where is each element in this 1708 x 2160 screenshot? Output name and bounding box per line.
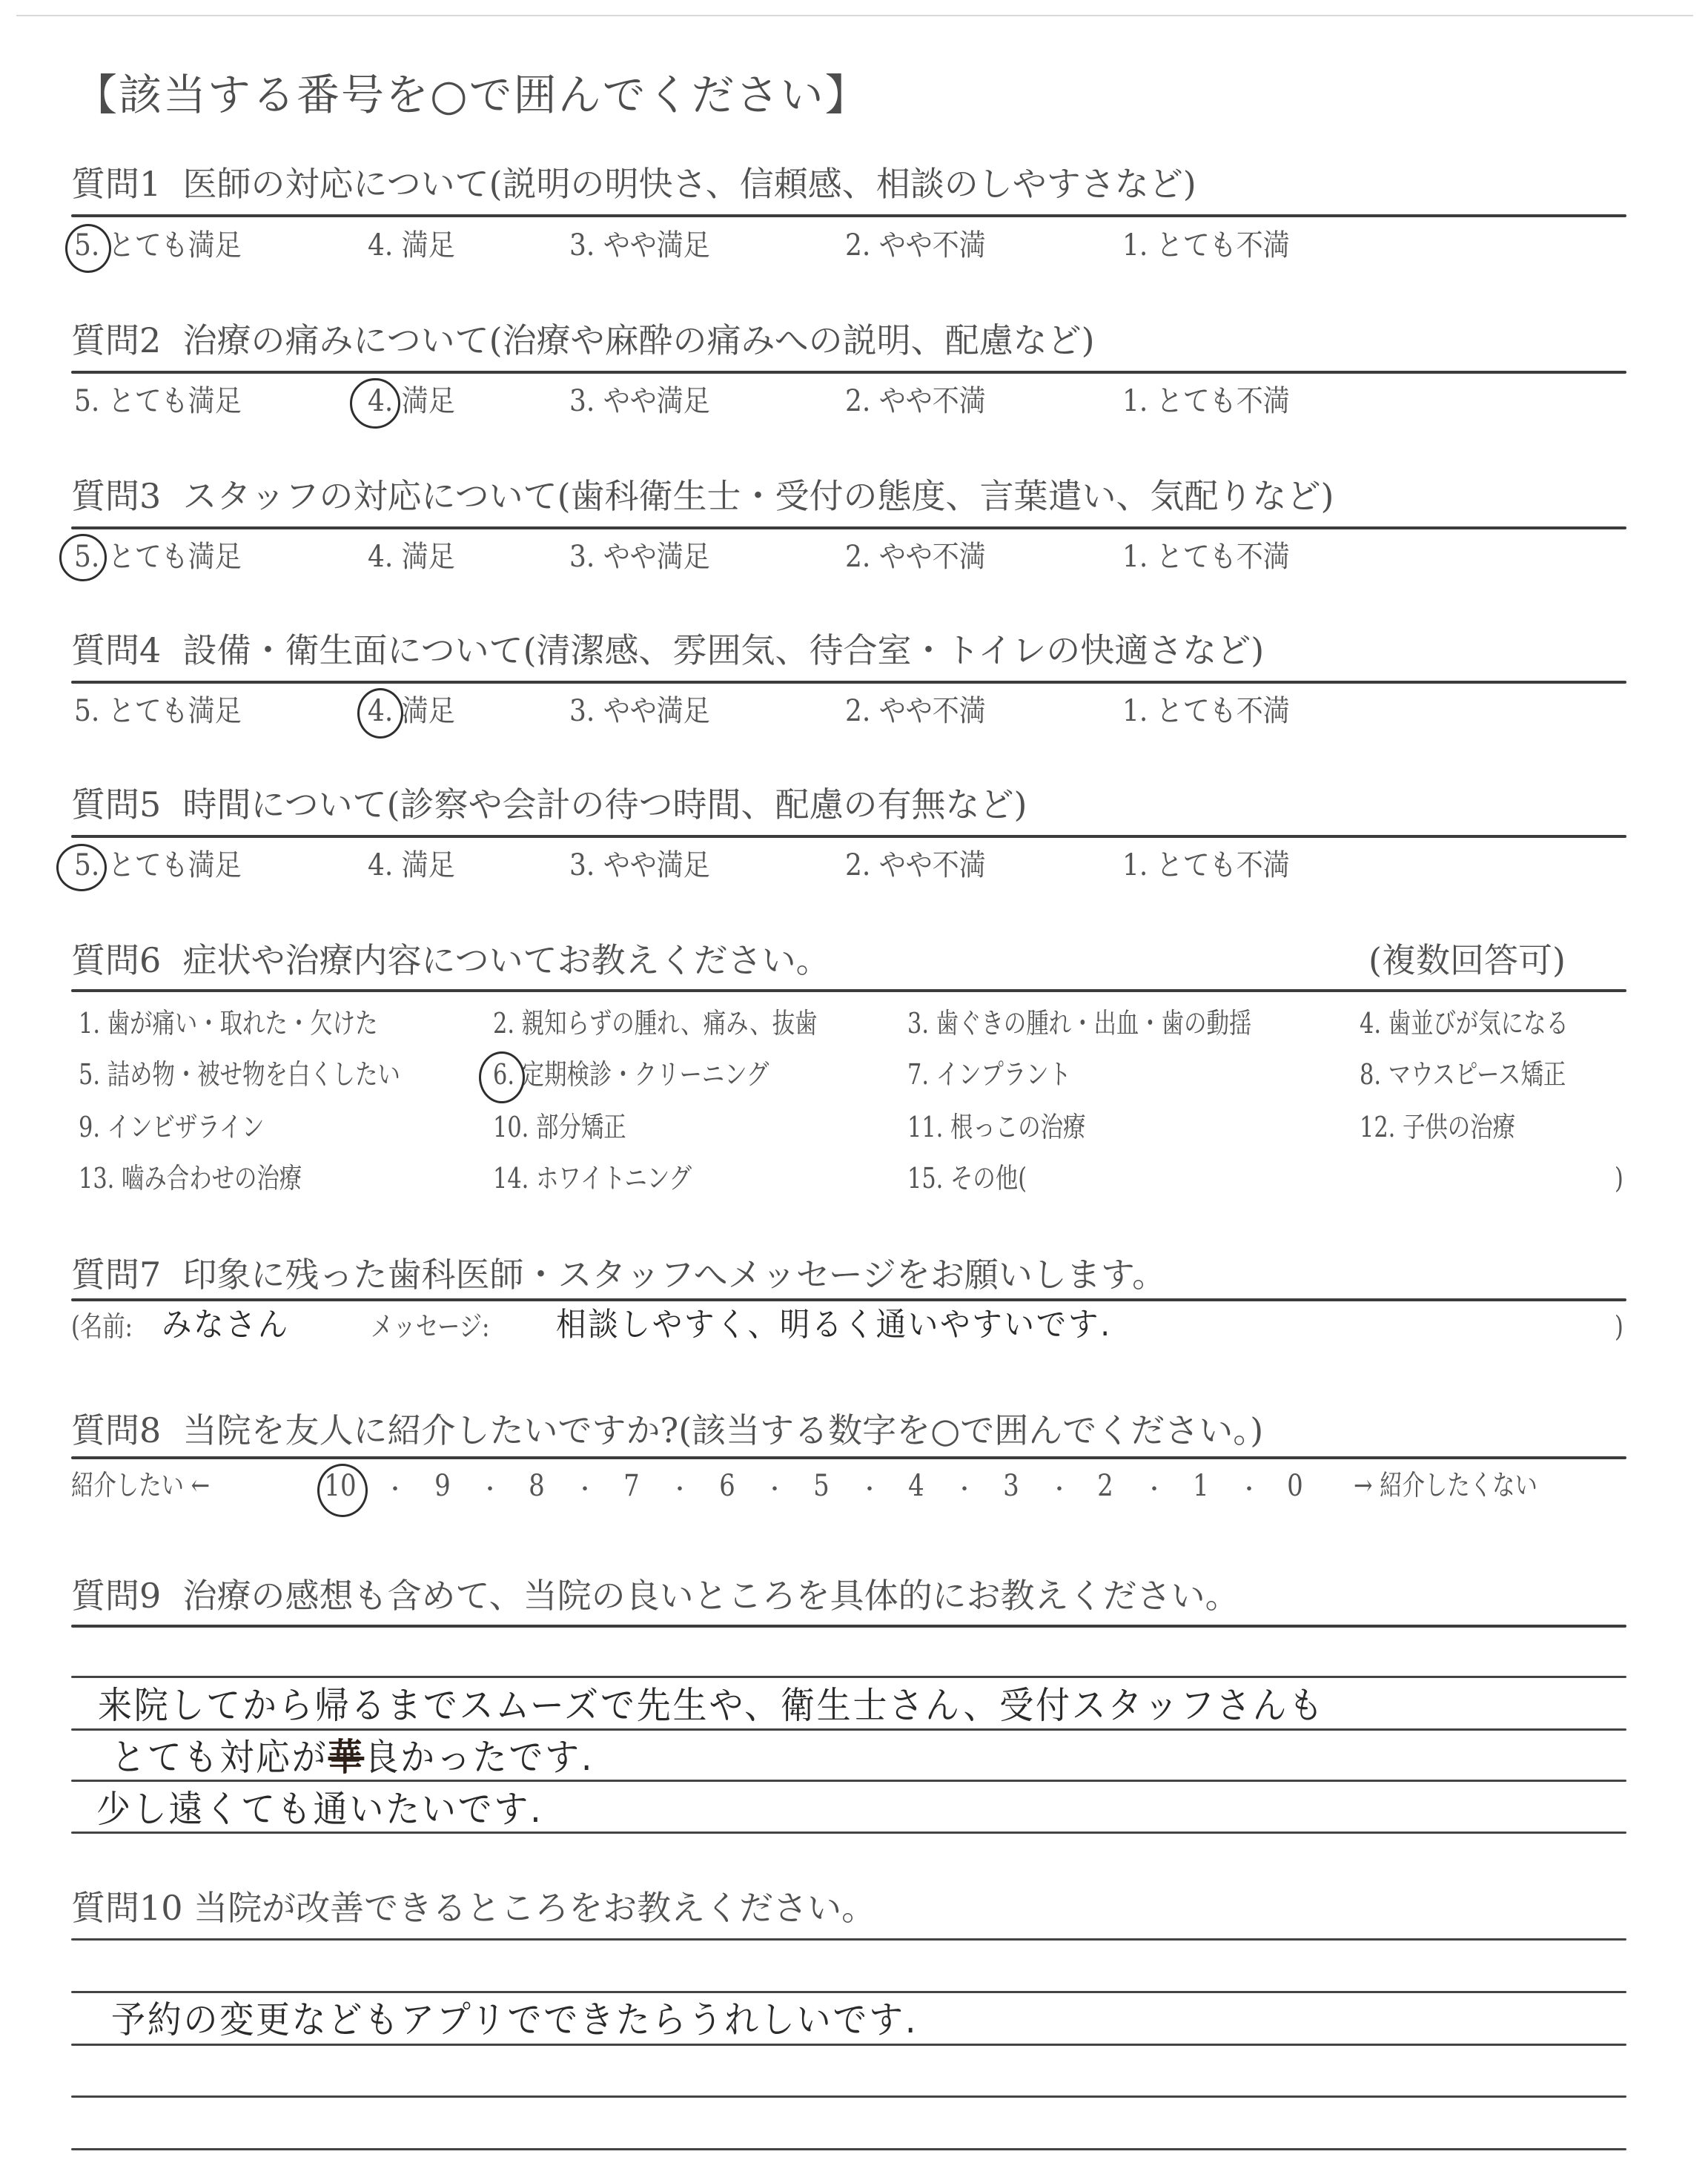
q7-name-label: (名前: <box>71 1311 133 1342</box>
q8-separator: ・ <box>1238 1471 1260 1504</box>
q8-separator: ・ <box>1048 1471 1070 1504</box>
q3-heading: 質問3 スタッフの対応について(歯科衛生士・受付の態度、言葉遣い、気配りなど) <box>71 477 1334 515</box>
q8-score-9[interactable]: 9 <box>424 1470 462 1502</box>
q5-heading: 質問5 時間について(診察や会計の待つ時間、配慮の有無など) <box>71 785 1027 824</box>
q8-score-6[interactable]: 6 <box>709 1470 747 1502</box>
q4-selected-circle <box>357 688 403 739</box>
q6-item-14[interactable]: 14. ホワイトニング <box>493 1163 692 1194</box>
q8-score-4[interactable]: 4 <box>898 1470 936 1502</box>
q6-label: 質問6 <box>71 940 161 980</box>
q3-rule <box>71 526 1626 529</box>
q9-answer-line-2[interactable]: とても対応が華良かったです. <box>111 1737 594 1778</box>
q5-label: 質問5 <box>71 785 161 825</box>
q8-separator: ・ <box>574 1471 596 1504</box>
q8-score-3[interactable]: 3 <box>993 1470 1030 1502</box>
q8-score-8[interactable]: 8 <box>518 1470 556 1502</box>
q7-text: 印象に残った歯科医師・スタッフへメッセージをお願いします。 <box>183 1255 1167 1295</box>
q9-rule <box>71 1625 1626 1628</box>
q5-option-2[interactable]: 2. やや不満 <box>845 849 986 882</box>
q6-item-15-other[interactable]: 15. その他( <box>907 1163 1027 1194</box>
q8-heading: 質問8 当院を友人に紹介したいですか?(該当する数字を○で囲んでください。) <box>71 1411 1263 1450</box>
page-top-edge <box>16 15 1693 16</box>
q1-option-4[interactable]: 4. 満足 <box>368 229 455 262</box>
q3-option-3[interactable]: 3. やや満足 <box>569 541 710 573</box>
q5-option-3[interactable]: 3. やや満足 <box>569 849 710 882</box>
q10-answer-line <box>71 1991 1626 1993</box>
q1-selected-circle <box>65 224 111 273</box>
q7-name-value[interactable]: みなさん <box>162 1307 290 1344</box>
q2-option-2[interactable]: 2. やや不満 <box>845 385 986 417</box>
q4-label: 質問4 <box>71 630 161 670</box>
q9-answer-line-1[interactable]: 来院してから帰るまでスムーズで先生や、衛生士さん、受付スタッフさんも <box>98 1685 1325 1726</box>
q2-option-1[interactable]: 1. とても不満 <box>1122 385 1290 417</box>
q6-item-7[interactable]: 7. インプラント <box>907 1059 1071 1090</box>
q6-item-12[interactable]: 12. 子供の治療 <box>1360 1112 1515 1143</box>
q9-answer-line <box>71 1676 1626 1678</box>
q5-selected-circle <box>56 844 107 891</box>
q9-answer-line <box>71 1832 1626 1834</box>
q7-message-value[interactable]: 相談しやすく、明るく通いやすいです. <box>556 1307 1112 1344</box>
q6-heading: 質問6 症状や治療内容についてお教えください。 <box>71 941 830 980</box>
q9-text: 治療の感想も含めて、当院の良いところを具体的にお教えください。 <box>183 1576 1239 1616</box>
q9-answer-line-3[interactable]: 少し遠くても通いたいです. <box>96 1789 543 1830</box>
q8-score-0[interactable]: 0 <box>1277 1470 1314 1502</box>
q3-option-1[interactable]: 1. とても不満 <box>1122 541 1290 573</box>
q7-message-label: メッセージ: <box>371 1311 489 1342</box>
q2-label: 質問2 <box>71 320 161 360</box>
q6-item-10[interactable]: 10. 部分矯正 <box>493 1112 626 1143</box>
q2-heading: 質問2 治療の痛みについて(治療や麻酔の痛みへの説明、配慮など) <box>71 321 1095 360</box>
q5-option-1[interactable]: 1. とても不満 <box>1122 849 1290 882</box>
q10-answer-line <box>71 2148 1626 2150</box>
q10-label: 質問10 <box>71 1888 183 1928</box>
q9-answer-line-2-text: とても対応が <box>111 1736 328 1779</box>
q1-option-3[interactable]: 3. やや満足 <box>569 229 710 262</box>
q1-option-2[interactable]: 2. やや不満 <box>845 229 986 262</box>
q8-score-1[interactable]: 1 <box>1182 1470 1220 1502</box>
q10-answer-line <box>71 2095 1626 2098</box>
q8-separator: ・ <box>384 1471 406 1504</box>
q6-item-1[interactable]: 1. 歯が痛い・取れた・欠けた <box>79 1008 377 1039</box>
q8-score-5[interactable]: 5 <box>803 1470 841 1502</box>
q8-right-label: → 紹介したくない <box>1354 1470 1537 1501</box>
q3-text: スタッフの対応について(歯科衛生士・受付の態度、言葉遣い、気配りなど) <box>183 476 1334 516</box>
q9-label: 質問9 <box>71 1576 161 1616</box>
q8-separator: ・ <box>953 1471 976 1504</box>
q10-answer-line <box>71 1938 1626 1941</box>
q4-option-3[interactable]: 3. やや満足 <box>569 695 710 727</box>
q6-selected-circle <box>479 1051 525 1103</box>
q3-selected-circle <box>59 534 107 581</box>
q10-text: 当院が改善できるところをお教えください。 <box>193 1888 875 1928</box>
q7-rule <box>71 1298 1626 1301</box>
q3-option-2[interactable]: 2. やや不満 <box>845 541 986 573</box>
q4-rule <box>71 681 1626 684</box>
q6-item-2[interactable]: 2. 親知らずの腫れ、痛み、抜歯 <box>493 1008 818 1039</box>
q1-text: 医師の対応について(説明の明快さ、信頼感、相談のしやすさなど) <box>183 164 1196 204</box>
q8-separator: ・ <box>669 1471 691 1504</box>
q8-selected-circle <box>317 1464 368 1517</box>
q6-item-13[interactable]: 13. 嚙み合わせの治療 <box>79 1163 302 1194</box>
q8-separator: ・ <box>479 1471 501 1504</box>
q6-item-8[interactable]: 8. マウスピース矯正 <box>1360 1059 1566 1090</box>
q7-heading: 質問7 印象に残った歯科医師・スタッフへメッセージをお願いします。 <box>71 1255 1166 1294</box>
q8-left-label: 紹介したい ← <box>71 1470 210 1501</box>
q4-option-5[interactable]: 5. とても満足 <box>74 695 242 727</box>
q1-option-1[interactable]: 1. とても不満 <box>1122 229 1290 262</box>
q7-label: 質問7 <box>71 1255 161 1295</box>
q6-item-9[interactable]: 9. インビザライン <box>79 1112 265 1143</box>
q5-rule <box>71 835 1626 838</box>
q8-text: 当院を友人に紹介したいですか?(該当する数字を○で囲んでください。) <box>183 1410 1264 1450</box>
q4-text: 設備・衛生面について(清潔感、雰囲気、待合室・トイレの快適さなど) <box>183 630 1265 670</box>
q8-separator: ・ <box>1143 1471 1165 1504</box>
q9-answer-line <box>71 1728 1626 1731</box>
q1-heading: 質問1 医師の対応について(説明の明快さ、信頼感、相談のしやすさなど) <box>71 165 1196 203</box>
q4-option-2[interactable]: 2. やや不満 <box>845 695 986 727</box>
q6-item-11[interactable]: 11. 根っこの治療 <box>907 1112 1085 1143</box>
q5-text: 時間について(診察や会計の待つ時間、配慮の有無など) <box>183 785 1027 825</box>
q6-item-6[interactable]: 6. 定期検診・クリーニング <box>493 1059 769 1090</box>
q9-answer-line <box>71 1780 1626 1782</box>
q2-text: 治療の痛みについて(治療や麻酔の痛みへの説明、配慮など) <box>183 320 1095 360</box>
q2-option-5[interactable]: 5. とても満足 <box>74 385 242 417</box>
q6-multiple-answers-note: (複数回答可) <box>1368 941 1566 980</box>
q9-answer-line-2-rest: 良かったです. <box>364 1736 594 1779</box>
q10-heading: 質問10 当院が改善できるところをお教えください。 <box>71 1889 875 1927</box>
q8-separator: ・ <box>764 1471 786 1504</box>
page-title: 【該当する番号を○で囲んでください】 <box>74 71 870 119</box>
q2-option-3[interactable]: 3. やや満足 <box>569 385 710 417</box>
q3-option-4[interactable]: 4. 満足 <box>368 541 455 573</box>
q2-rule <box>71 371 1626 374</box>
q4-option-1[interactable]: 1. とても不満 <box>1122 695 1290 727</box>
q6-item-5[interactable]: 5. 詰め物・被せ物を白くしたい <box>79 1059 400 1090</box>
q10-answer-line-1[interactable]: 予約の変更などもアプリでできたらうれしいです. <box>111 1999 918 2041</box>
q1-rule <box>71 214 1626 217</box>
q5-option-4[interactable]: 4. 満足 <box>368 849 455 882</box>
q6-item-4[interactable]: 4. 歯並びが気になる <box>1360 1008 1569 1039</box>
crossed-out-character: 華 <box>328 1737 365 1778</box>
q9-heading: 質問9 治療の感想も含めて、当院の良いところを具体的にお教えください。 <box>71 1576 1239 1615</box>
q2-selected-circle <box>350 378 400 429</box>
q6-other-close-paren: ) <box>1615 1163 1623 1194</box>
q8-rule <box>71 1456 1626 1459</box>
q6-rule <box>71 989 1626 992</box>
q10-answer-line <box>71 2044 1626 2046</box>
q4-heading: 質問4 設備・衛生面について(清潔感、雰囲気、待合室・トイレの快適さなど) <box>71 631 1264 670</box>
q8-score-7[interactable]: 7 <box>613 1470 651 1502</box>
q8-score-2[interactable]: 2 <box>1087 1470 1125 1502</box>
q8-label: 質問8 <box>71 1410 161 1450</box>
q3-label: 質問3 <box>71 476 161 516</box>
q7-close-paren: ) <box>1615 1311 1623 1342</box>
q6-text: 症状や治療内容についてお教えください。 <box>183 940 830 980</box>
q6-item-3[interactable]: 3. 歯ぐきの腫れ・出血・歯の動揺 <box>907 1008 1251 1039</box>
q1-label: 質問1 <box>71 164 161 204</box>
q8-separator: ・ <box>858 1471 881 1504</box>
